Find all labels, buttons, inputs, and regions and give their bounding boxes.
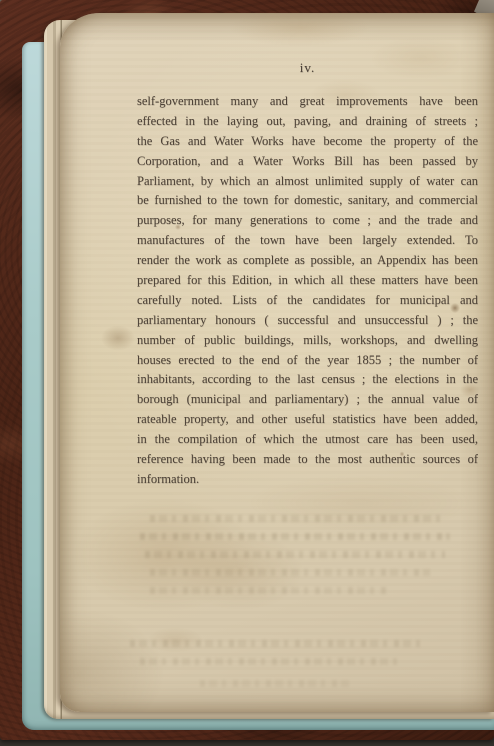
text-line: inhabitants, according to the last censu… <box>137 370 478 390</box>
text-line: Parliament, by which an almost unlimited… <box>137 172 478 192</box>
text-line: be furnished to the town for domestic, s… <box>137 191 478 211</box>
text-line: information. <box>137 470 478 490</box>
show-through-row <box>145 551 445 558</box>
text-line: in the compilation of which the utmost c… <box>137 430 478 450</box>
text-line: reference having been made to the most a… <box>137 450 478 470</box>
text-line: number of public buildings, mills, works… <box>137 331 478 351</box>
text-line: borough (municipal and parliamentary) ; … <box>137 390 478 410</box>
text-line: effected in the laying out, paving, and … <box>137 112 478 132</box>
text-line: carefully noted. Lists of the candidates… <box>137 291 478 311</box>
text-line: purposes, for many generations to come ;… <box>137 211 478 231</box>
show-through-row <box>150 515 445 522</box>
text-line: render the work as complete as possible,… <box>137 251 478 271</box>
text-line: self-government many and great improveme… <box>137 92 478 112</box>
show-through-row <box>200 680 350 687</box>
show-through-row <box>150 587 390 594</box>
show-through-row <box>150 569 430 576</box>
text-line: Corporation, and a Water Works Bill has … <box>137 152 478 172</box>
text-line: prepared for this Edition, in which all … <box>137 271 478 291</box>
book-page: iv. self-government many and great impro… <box>60 13 494 712</box>
text-line: rateable property, and other useful stat… <box>137 410 478 430</box>
text-line: parliamentary honours ( successful and u… <box>137 311 478 331</box>
show-through-row <box>140 533 450 540</box>
text-line: the Gas and Water Works have become the … <box>137 132 478 152</box>
show-through-row <box>140 658 400 665</box>
book-scan: iv. self-government many and great impro… <box>0 0 494 746</box>
page-text: self-government many and great improveme… <box>137 92 478 490</box>
text-line: manufactures of the town have been large… <box>137 231 478 251</box>
show-through-row <box>130 640 420 647</box>
text-line: houses erected to the end of the year 18… <box>137 351 478 371</box>
page-number: iv. <box>137 60 478 76</box>
